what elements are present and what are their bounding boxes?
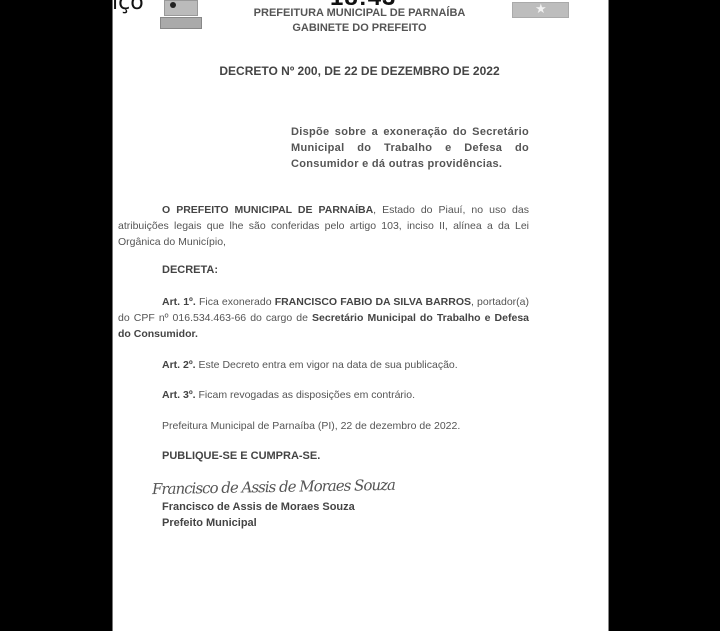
article-1: Art. 1º. Fica exonerado FRANCISCO FABIO … [118,294,529,342]
header-gabinete: GABINETE DO PREFEITO [112,22,607,34]
signer-name: Francisco de Assis de Moraes Souza [162,499,355,515]
article-3-label: Art. 3º. [162,389,196,401]
article-1-text: Fica exonerado [196,296,275,308]
publique-line: PUBLIQUE-SE E CUMPRA-SE. [162,450,320,462]
article-3: Art. 3º. Ficam revogadas as disposições … [162,387,529,403]
article-2-text: Este Decreto entra em vigor na data de s… [196,359,458,371]
decree-title: DECRETO Nº 200, DE 22 DE DEZEMBRO DE 202… [112,64,607,78]
signer-role: Prefeito Municipal [162,515,355,531]
signer-block: Francisco de Assis de Moraes Souza Prefe… [162,499,355,531]
preamble-authority: O PREFEITO MUNICIPAL DE PARNAÍBA [162,204,373,216]
article-2-label: Art. 2º. [162,359,196,371]
article-2: Art. 2º. Este Decreto entra em vigor na … [162,357,529,373]
article-3-text: Ficam revogadas as disposições em contrá… [196,389,415,401]
header-prefeitura: PREFEITURA MUNICIPAL DE PARNAÍBA [112,7,607,19]
place-date: Prefeitura Municipal de Parnaíba (PI), 2… [162,418,529,434]
decreta-heading: DECRETA: [162,264,218,276]
article-1-label: Art. 1º. [162,296,196,308]
exonerated-name: FRANCISCO FABIO DA SILVA BARROS [275,296,471,308]
preamble: O PREFEITO MUNICIPAL DE PARNAÍBA, Estado… [118,202,529,250]
decree-ementa: Dispõe sobre a exoneração do Secretário … [291,124,529,172]
